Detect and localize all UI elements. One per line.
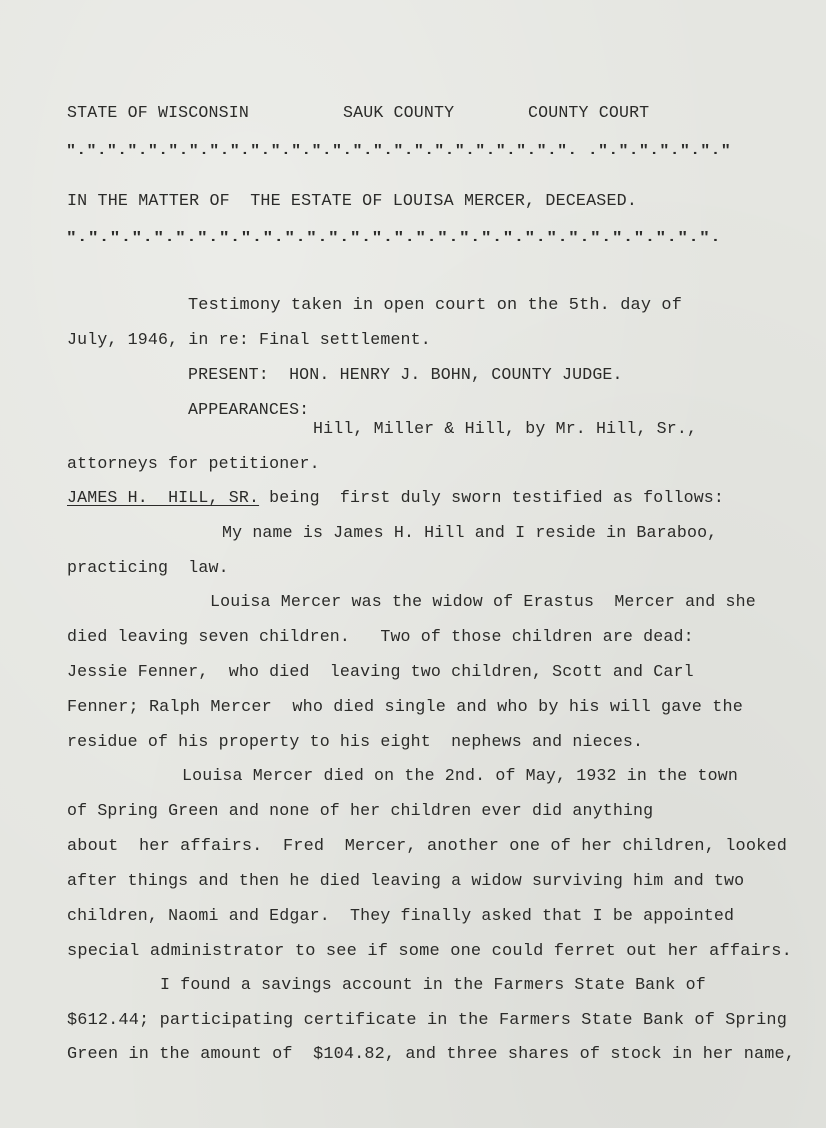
- appearances-value: Hill, Miller & Hill, by Mr. Hill, Sr.,: [313, 419, 697, 439]
- testimony-line: children, Naomi and Edgar. They finally …: [67, 906, 734, 926]
- testimony-line: special administrator to see if some one…: [67, 941, 792, 961]
- testimony-line: Louisa Mercer was the widow of Erastus M…: [210, 592, 756, 612]
- divider-2: ".".".".".".".".".".".".".".".".".".".".…: [66, 228, 721, 248]
- matter-title: IN THE MATTER OF THE ESTATE OF LOUISA ME…: [67, 191, 637, 211]
- witness-sworn: being first duly sworn testified as foll…: [259, 488, 724, 507]
- testimony-line: I found a savings account in the Farmers…: [160, 975, 706, 995]
- header-county: SAUK COUNTY: [343, 103, 454, 123]
- testimony-line: practicing law.: [67, 558, 229, 578]
- intro-line-2: July, 1946, in re: Final settlement.: [67, 330, 431, 350]
- appearances-cont: attorneys for petitioner.: [67, 454, 320, 474]
- header-state: STATE OF WISCONSIN: [67, 103, 249, 123]
- testimony-line: of Spring Green and none of her children…: [67, 801, 653, 821]
- testimony-line: Jessie Fenner, who died leaving two chil…: [67, 662, 694, 682]
- testimony-line: about her affairs. Fred Mercer, another …: [67, 836, 787, 856]
- testimony-line: Louisa Mercer died on the 2nd. of May, 1…: [182, 766, 738, 786]
- header-court: COUNTY COURT: [528, 103, 649, 123]
- testimony-line: residue of his property to his eight nep…: [67, 732, 643, 752]
- witness-line: JAMES H. HILL, SR. being first duly swor…: [67, 488, 724, 508]
- document-page: STATE OF WISCONSIN SAUK COUNTY COUNTY CO…: [0, 0, 826, 1128]
- testimony-line: Fenner; Ralph Mercer who died single and…: [67, 697, 743, 717]
- appearances-label: APPEARANCES:: [188, 400, 309, 420]
- testimony-line: My name is James H. Hill and I reside in…: [222, 523, 717, 543]
- testimony-line: Green in the amount of $104.82, and thre…: [67, 1044, 795, 1064]
- testimony-line: died leaving seven children. Two of thos…: [67, 627, 694, 647]
- divider-1: ".".".".".".".".".".".".".".".".".".".".…: [66, 141, 731, 161]
- testimony-line: $612.44; participating certificate in th…: [67, 1010, 787, 1030]
- intro-line-1: Testimony taken in open court on the 5th…: [188, 295, 682, 315]
- testimony-line: after things and then he died leaving a …: [67, 871, 744, 891]
- present-line: PRESENT: HON. HENRY J. BOHN, COUNTY JUDG…: [188, 365, 623, 385]
- witness-name: JAMES H. HILL, SR.: [67, 488, 259, 507]
